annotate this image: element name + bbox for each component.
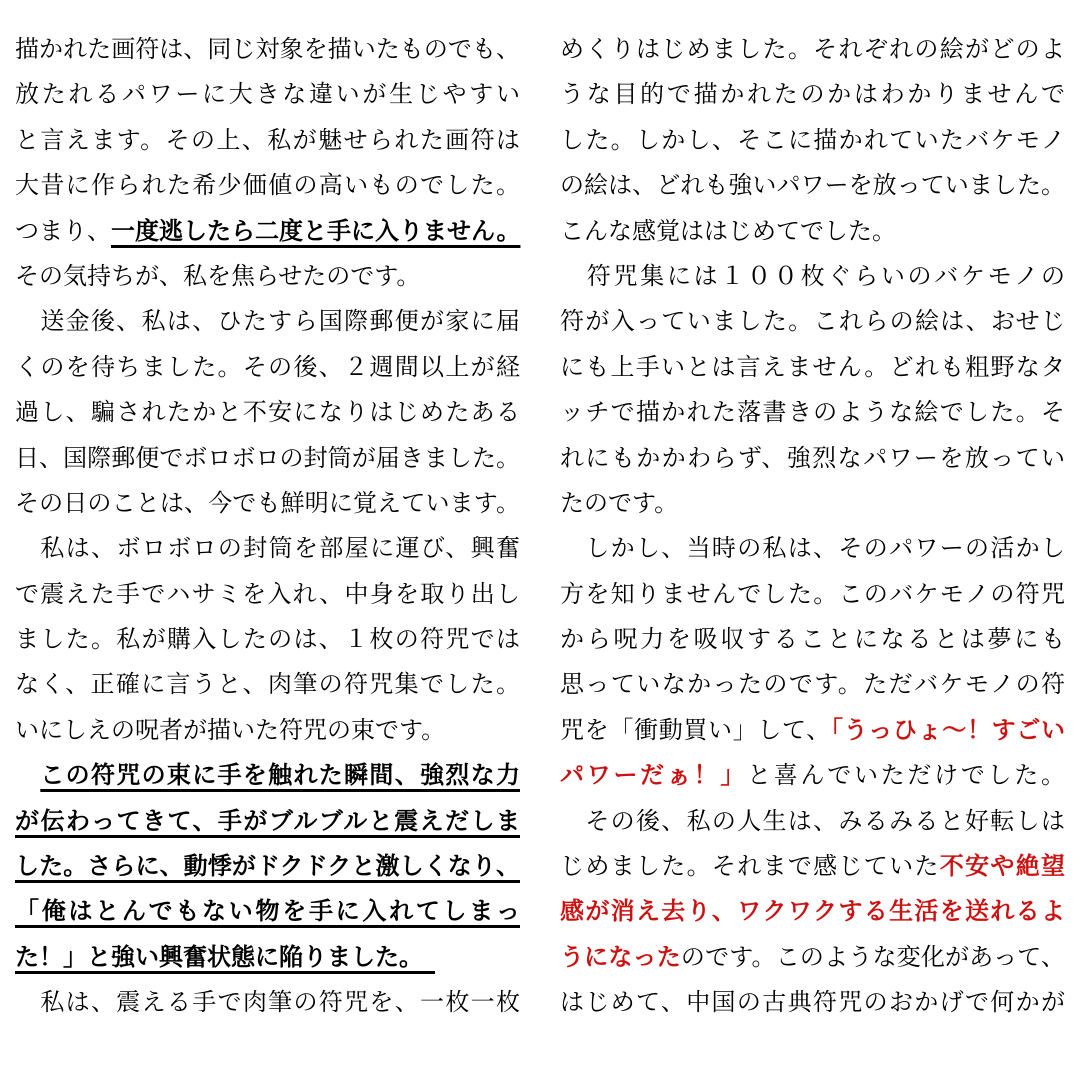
text-line: にも上手いとは言えません。どれも粗野なタ xyxy=(560,345,1065,390)
text-line: しかし、当時の私は、そのパワーの活かし xyxy=(560,526,1065,571)
body-text: 私は、ボロボロの封筒を部屋に運び、興奮 xyxy=(15,535,520,562)
text-line: ッチで描かれた落書きのような絵でした。そ xyxy=(560,390,1065,435)
text-line: こんな感覚ははじめてでした。 xyxy=(560,209,1065,254)
emphasis-red-text: 「うっひょ～！すごい xyxy=(831,717,1065,744)
body-text: の絵は、どれも強いパワーを放っていました。 xyxy=(560,172,1065,199)
body-text: いにしえの呪者が描いた符咒の束です。 xyxy=(15,717,445,744)
body-text: しかし、当時の私は、そのパワーの活かし xyxy=(560,535,1065,562)
body-text: はじめて、中国の古典符咒のおかげで何かが xyxy=(560,989,1065,1016)
body-text: 方を知りませんでした。このバケモノの符咒 xyxy=(560,581,1065,608)
text-line: 符が入っていました。これらの絵は、おせじ xyxy=(560,299,1065,344)
body-text: なく、正確に言うと、肉筆の符咒集でした。 xyxy=(15,671,520,698)
text-line: 「俺はとんでもない物を手に入れてしまっ xyxy=(15,889,520,934)
body-text: にも上手いとは言えません。どれも粗野なタ xyxy=(560,354,1065,381)
text-line: 思っていなかったのです。ただバケモノの符 xyxy=(560,662,1065,707)
text-line: ました。私が購入したのは、１枚の符咒では xyxy=(15,617,520,662)
body-text: 送金後、私は、ひたすら国際郵便が家に届 xyxy=(15,308,520,335)
text-line: つまり、一度逃したら二度と手に入りません。 xyxy=(15,209,520,254)
text-line: 私は、ボロボロの封筒を部屋に運び、興奮 xyxy=(15,526,520,571)
body-text: で震えた手でハサミを入れ、中身を取り出し xyxy=(15,581,520,608)
emphasis-underlined-text: 一度逃したら二度と手に入りません。 xyxy=(111,218,520,245)
body-text: じめました。それまで感じていた xyxy=(560,853,940,880)
body-text: こんな感覚ははじめてでした。 xyxy=(560,218,896,245)
text-line: から呪力を吸収することになるとは夢にも xyxy=(560,617,1065,662)
body-text: たのです。 xyxy=(560,490,678,517)
text-line: た！」と強い興奮状態に陥りました。 xyxy=(15,935,520,980)
body-text: 思っていなかったのです。ただバケモノの符 xyxy=(560,671,1065,698)
body-text: と言えます。その上、私が魅せられた画符は xyxy=(15,127,520,154)
text-line: 日、国際郵便でボロボロの封筒が届きました。 xyxy=(15,436,520,481)
text-line: なく、正確に言うと、肉筆の符咒集でした。 xyxy=(15,662,520,707)
body-text: 過し、騙されたかと不安になりはじめたある xyxy=(15,399,520,426)
text-line: した。しかし、そこに描かれていたバケモノ xyxy=(560,118,1065,163)
document-page: 描かれた画符は、同じ対象を描いたものでも、放たれるパワーに大きな違いが生じやすい… xyxy=(0,0,1080,1080)
body-text: から呪力を吸収することになるとは夢にも xyxy=(560,626,1065,653)
body-text xyxy=(15,762,40,789)
body-text: 符が入っていました。これらの絵は、おせじ xyxy=(560,308,1065,335)
text-line: じめました。それまで感じていた不安や絶望 xyxy=(560,844,1065,889)
text-line: 過し、騙されたかと不安になりはじめたある xyxy=(15,390,520,435)
text-line: その日のことは、今でも鮮明に覚えています。 xyxy=(15,481,520,526)
body-text: した。しかし、そこに描かれていたバケモノ xyxy=(560,127,1065,154)
text-line: うになったのです。このような変化があって、 xyxy=(560,935,1065,980)
body-text: 大昔に作られた希少価値の高いものでした。 xyxy=(15,172,520,199)
emphasis-red-text: パワーだぁ！」 xyxy=(560,762,747,789)
text-column-right: めくりはじめました。それぞれの絵がどのような目的で描かれたのかはわかりませんでし… xyxy=(560,27,1065,1080)
text-line: の絵は、どれも強いパワーを放っていました。 xyxy=(560,163,1065,208)
text-line: くのを待ちました。その後、２週間以上が経 xyxy=(15,345,520,390)
text-line: 私は、震える手で肉筆の符咒を、一枚一枚 xyxy=(15,980,520,1025)
body-text: と喜んでいただけでした。 xyxy=(747,762,1065,789)
body-text: 放たれるパワーに大きな違いが生じやすい xyxy=(15,81,520,108)
text-line: れにもかかわらず、強烈なパワーを放ってい xyxy=(560,436,1065,481)
emphasis-underlined-text: 「俺はとんでもない物を手に入れてしまっ xyxy=(15,898,520,925)
text-line: めくりはじめました。それぞれの絵がどのよ xyxy=(560,27,1065,72)
text-line: パワーだぁ！」と喜んでいただけでした。 xyxy=(560,753,1065,798)
text-line: 大昔に作られた希少価値の高いものでした。 xyxy=(15,163,520,208)
text-line: で震えた手でハサミを入れ、中身を取り出し xyxy=(15,572,520,617)
body-text: 日、国際郵便でボロボロの封筒が届きました。 xyxy=(15,445,520,472)
text-line: はじめて、中国の古典符咒のおかげで何かが xyxy=(560,980,1065,1025)
text-line: 放たれるパワーに大きな違いが生じやすい xyxy=(15,72,520,117)
text-line: たのです。 xyxy=(560,481,1065,526)
body-text: くのを待ちました。その後、２週間以上が経 xyxy=(15,354,520,381)
body-text: その後、私の人生は、みるみると好転しは xyxy=(560,808,1065,835)
body-text: ッチで描かれた落書きのような絵でした。そ xyxy=(560,399,1065,426)
body-text: 描かれた画符は、同じ対象を描いたものでも、 xyxy=(15,36,520,63)
body-text: 咒を「衝動買い」して、 xyxy=(560,717,831,744)
text-line: 送金後、私は、ひたすら国際郵便が家に届 xyxy=(15,299,520,344)
text-line: が伝わってきて、手がブルブルと震えだしま xyxy=(15,799,520,844)
body-text: めくりはじめました。それぞれの絵がどのよ xyxy=(560,36,1065,63)
emphasis-red-text: うになった xyxy=(560,944,681,971)
text-line: いにしえの呪者が描いた符咒の束です。 xyxy=(15,708,520,753)
text-column-left: 描かれた画符は、同じ対象を描いたものでも、放たれるパワーに大きな違いが生じやすい… xyxy=(15,27,520,1080)
body-text: のです。このような変化があって、 xyxy=(681,944,1065,971)
text-line: その後、私の人生は、みるみると好転しは xyxy=(560,799,1065,844)
text-line: した。さらに、動悸がドクドクと激しくなり、 xyxy=(15,844,520,889)
body-text: その気持ちが、私を焦らせたのです。 xyxy=(15,263,420,290)
body-text: 私は、震える手で肉筆の符咒を、一枚一枚 xyxy=(15,989,520,1016)
text-line: この符咒の束に手を触れた瞬間、強烈な力 xyxy=(15,753,520,798)
body-text: その日のことは、今でも鮮明に覚えています。 xyxy=(15,490,520,517)
emphasis-red-text: 不安や絶望 xyxy=(940,853,1065,880)
text-line: 感が消え去り、ワクワクする生活を送れるよ xyxy=(560,889,1065,934)
body-text: つまり、 xyxy=(15,218,111,245)
text-line: 描かれた画符は、同じ対象を描いたものでも、 xyxy=(15,27,520,72)
emphasis-underlined-text: した。さらに、動悸がドクドクと激しくなり、 xyxy=(15,853,520,880)
text-line: と言えます。その上、私が魅せられた画符は xyxy=(15,118,520,163)
emphasis-underlined-text: た！」と強い興奮状態に陥りました。 xyxy=(15,944,435,971)
text-line: 咒を「衝動買い」して、「うっひょ～！すごい xyxy=(560,708,1065,753)
body-text: ました。私が購入したのは、１枚の符咒では xyxy=(15,626,520,653)
emphasis-underlined-text: この符咒の束に手を触れた瞬間、強烈な力 xyxy=(40,762,520,789)
text-line: うな目的で描かれたのかはわかりませんで xyxy=(560,72,1065,117)
emphasis-red-text: 感が消え去り、ワクワクする生活を送れるよ xyxy=(560,898,1065,925)
text-line: 符咒集には１００枚ぐらいのバケモノの xyxy=(560,254,1065,299)
body-text: うな目的で描かれたのかはわかりませんで xyxy=(560,81,1065,108)
body-text: 符咒集には１００枚ぐらいのバケモノの xyxy=(560,263,1065,290)
body-text: れにもかかわらず、強烈なパワーを放ってい xyxy=(560,445,1065,472)
text-line: その気持ちが、私を焦らせたのです。 xyxy=(15,254,520,299)
text-line: 方を知りませんでした。このバケモノの符咒 xyxy=(560,572,1065,617)
emphasis-underlined-text: が伝わってきて、手がブルブルと震えだしま xyxy=(15,808,520,835)
